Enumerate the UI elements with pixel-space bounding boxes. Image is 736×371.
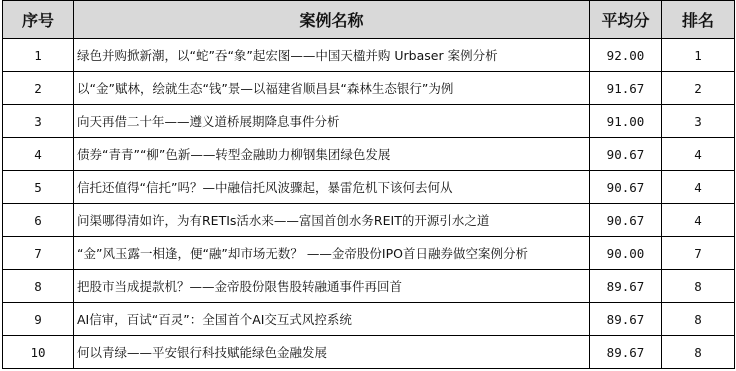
cell-rank[interactable]: 8 [662, 303, 735, 336]
cell-index[interactable]: 2 [3, 72, 74, 105]
cell-rank[interactable]: 8 [662, 336, 735, 369]
cell-average-score[interactable]: 90.00 [590, 237, 662, 270]
cell-case-name[interactable]: 以“金”赋林，绘就生态“钱”景—以福建省顺昌县“森林生态银行”为例 [74, 72, 590, 105]
table-row: 7 “金”风玉露一相逢，便“融”却市场无数？ ——金帝股份IPO首日融券做空案例… [3, 237, 735, 270]
header-row: 序号 案例名称 平均分 排名 [3, 1, 735, 39]
cell-index[interactable]: 9 [3, 303, 74, 336]
cell-index[interactable]: 4 [3, 138, 74, 171]
cell-rank[interactable]: 4 [662, 171, 735, 204]
cell-case-name[interactable]: 向天再借二十年——遵义道桥展期降息事件分析 [74, 105, 590, 138]
cell-average-score[interactable]: 89.67 [590, 303, 662, 336]
case-ranking-table: 序号 案例名称 平均分 排名 1 绿色并购掀新潮，以“蛇”吞“象”起宏图——中国… [2, 0, 735, 369]
cell-case-name[interactable]: 债券“青青”“柳”色新——转型金融助力柳钢集团绿色发展 [74, 138, 590, 171]
cell-average-score[interactable]: 90.67 [590, 138, 662, 171]
cell-case-name[interactable]: 信托还值得“信托”吗？—中融信托风波骤起，暴雷危机下该何去何从 [74, 171, 590, 204]
table-row: 8 把股市当成提款机？——金帝股份限售股转融通事件再回首 89.67 8 [3, 270, 735, 303]
cell-index[interactable]: 1 [3, 39, 74, 72]
header-index[interactable]: 序号 [3, 1, 74, 39]
cell-index[interactable]: 5 [3, 171, 74, 204]
spreadsheet-view: 序号 案例名称 平均分 排名 1 绿色并购掀新潮，以“蛇”吞“象”起宏图——中国… [0, 0, 736, 371]
cell-rank[interactable]: 7 [662, 237, 735, 270]
table-row: 1 绿色并购掀新潮，以“蛇”吞“象”起宏图——中国天楹并购 Urbaser 案例… [3, 39, 735, 72]
cell-rank[interactable]: 1 [662, 39, 735, 72]
table-row: 2 以“金”赋林，绘就生态“钱”景—以福建省顺昌县“森林生态银行”为例 91.6… [3, 72, 735, 105]
cell-case-name[interactable]: 绿色并购掀新潮，以“蛇”吞“象”起宏图——中国天楹并购 Urbaser 案例分析 [74, 39, 590, 72]
cell-rank[interactable]: 4 [662, 138, 735, 171]
cell-index[interactable]: 8 [3, 270, 74, 303]
table-row: 9 AI信审，百试“百灵”：全国首个AI交互式风控系统 89.67 8 [3, 303, 735, 336]
header-average-score[interactable]: 平均分 [590, 1, 662, 39]
cell-index[interactable]: 6 [3, 204, 74, 237]
cell-average-score[interactable]: 92.00 [590, 39, 662, 72]
cell-case-name[interactable]: “金”风玉露一相逢，便“融”却市场无数？ ——金帝股份IPO首日融券做空案例分析 [74, 237, 590, 270]
cell-index[interactable]: 3 [3, 105, 74, 138]
cell-index[interactable]: 10 [3, 336, 74, 369]
cell-average-score[interactable]: 89.67 [590, 336, 662, 369]
cell-average-score[interactable]: 90.67 [590, 171, 662, 204]
cell-rank[interactable]: 8 [662, 270, 735, 303]
cell-case-name[interactable]: AI信审，百试“百灵”：全国首个AI交互式风控系统 [74, 303, 590, 336]
cell-average-score[interactable]: 91.67 [590, 72, 662, 105]
cell-case-name[interactable]: 何以青绿——平安银行科技赋能绿色金融发展 [74, 336, 590, 369]
header-case-name[interactable]: 案例名称 [74, 1, 590, 39]
cell-rank[interactable]: 3 [662, 105, 735, 138]
cell-case-name[interactable]: 把股市当成提款机？——金帝股份限售股转融通事件再回首 [74, 270, 590, 303]
header-rank[interactable]: 排名 [662, 1, 735, 39]
table-row: 6 问渠哪得清如许，为有RETIs活水来——富国首创水务REIT的开源引水之道 … [3, 204, 735, 237]
table-row: 5 信托还值得“信托”吗？—中融信托风波骤起，暴雷危机下该何去何从 90.67 … [3, 171, 735, 204]
cell-rank[interactable]: 2 [662, 72, 735, 105]
table-row: 10 何以青绿——平安银行科技赋能绿色金融发展 89.67 8 [3, 336, 735, 369]
cell-average-score[interactable]: 89.67 [590, 270, 662, 303]
cell-index[interactable]: 7 [3, 237, 74, 270]
cell-average-score[interactable]: 91.00 [590, 105, 662, 138]
cell-average-score[interactable]: 90.67 [590, 204, 662, 237]
table-row: 3 向天再借二十年——遵义道桥展期降息事件分析 91.00 3 [3, 105, 735, 138]
table-row: 4 债券“青青”“柳”色新——转型金融助力柳钢集团绿色发展 90.67 4 [3, 138, 735, 171]
cell-case-name[interactable]: 问渠哪得清如许，为有RETIs活水来——富国首创水务REIT的开源引水之道 [74, 204, 590, 237]
cell-rank[interactable]: 4 [662, 204, 735, 237]
